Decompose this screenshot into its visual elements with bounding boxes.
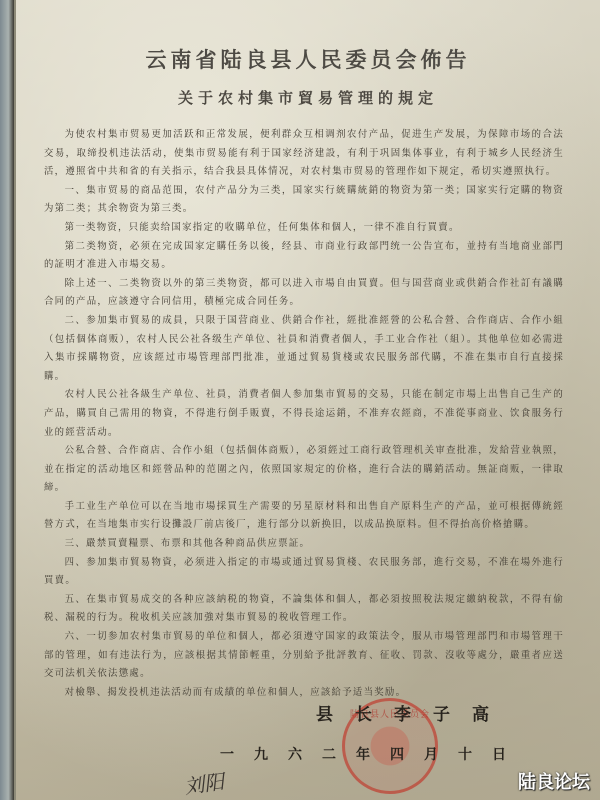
paragraph-article-1-class-2: 第二类物资，必须在完成国家定購任务以後，经县、市商业行政部門统一公告宣布，並持有… [44,238,564,275]
paragraph-article-5: 五、在集市貿易成交的各种应該納税的物資，不論集体和個人，都必須按照稅法規定繳納稅… [44,591,564,628]
paragraph-article-1-class-3: 除上述一、二类物资以外的第三类物资，都可以进入市場自由買賣。但与国营商业或供銷合… [44,275,564,312]
signature-line: 县长李子高 [316,700,511,725]
document-title: 云南省陆良县人民委员会佈告 [16,44,600,74]
watermark: 陆良论坛 [518,768,590,794]
document-date: 一九六二年四月十日 [220,744,526,764]
paragraph-article-1: 一、集市贸易的商品范围，农付产品分为三类，国家实行統購統銷的物资为第一类；国家实… [44,182,564,219]
document-subtitle: 关于农村集市貿易管理的規定 [16,87,600,108]
picture-frame-edge [0,0,14,800]
paragraph-preamble: 为使农村集市贸易更加活跃和正常发展，便利群众互相调剂农付产品，促进生产发展，为保… [44,126,564,182]
document-page: 云南省陆良县人民委员会佈告 关于农村集市貿易管理的規定 为使农村集市贸易更加活跃… [16,0,600,800]
paragraph-article-2-cooperatives: 公私合營、合作商店、合作小組（包括個体商贩），必須經过工商行政管理机关审查批准，… [44,442,564,498]
paragraph-article-2: 二、参加集市貿易的成員，只限于国营商业、供銷合作社，經批准經營的公私合營、合作商… [44,312,564,386]
handwritten-annotation: 刘阳 [182,765,226,799]
paragraph-article-4: 四、参加集市貿易物資，必须进入指定的市場或通过貿易貨棧、农民服务部，進行交易，不… [44,554,564,591]
paragraph-article-2-handicraft: 手工业生产单位可以在当地市場採買生产需要的另星原材料和出售自产原料生产的产品，並… [44,498,564,535]
paragraph-article-2-commune: 农村人民公社各級生产单位、社員，消費者個人参加集市貿易的交易，只能在制定市場上出… [44,386,564,442]
document-body: 为使农村集市贸易更加活跃和正常发展，便利群众互相调剂农付产品，促进生产发展，为保… [44,126,564,702]
paragraph-article-1-class-1: 第一类物资，只能卖给国家指定的收購单位，任何集体和個人，一律不准自行買賣。 [44,219,564,238]
paragraph-article-6: 六、一切参加农村集市貿易的单位和個人，都必須遵守国家的政策法令，服从市場管理部門… [44,628,564,684]
paragraph-article-3: 三、嚴禁買賣糧票、布票和其他各种商品供应票証。 [44,535,564,554]
